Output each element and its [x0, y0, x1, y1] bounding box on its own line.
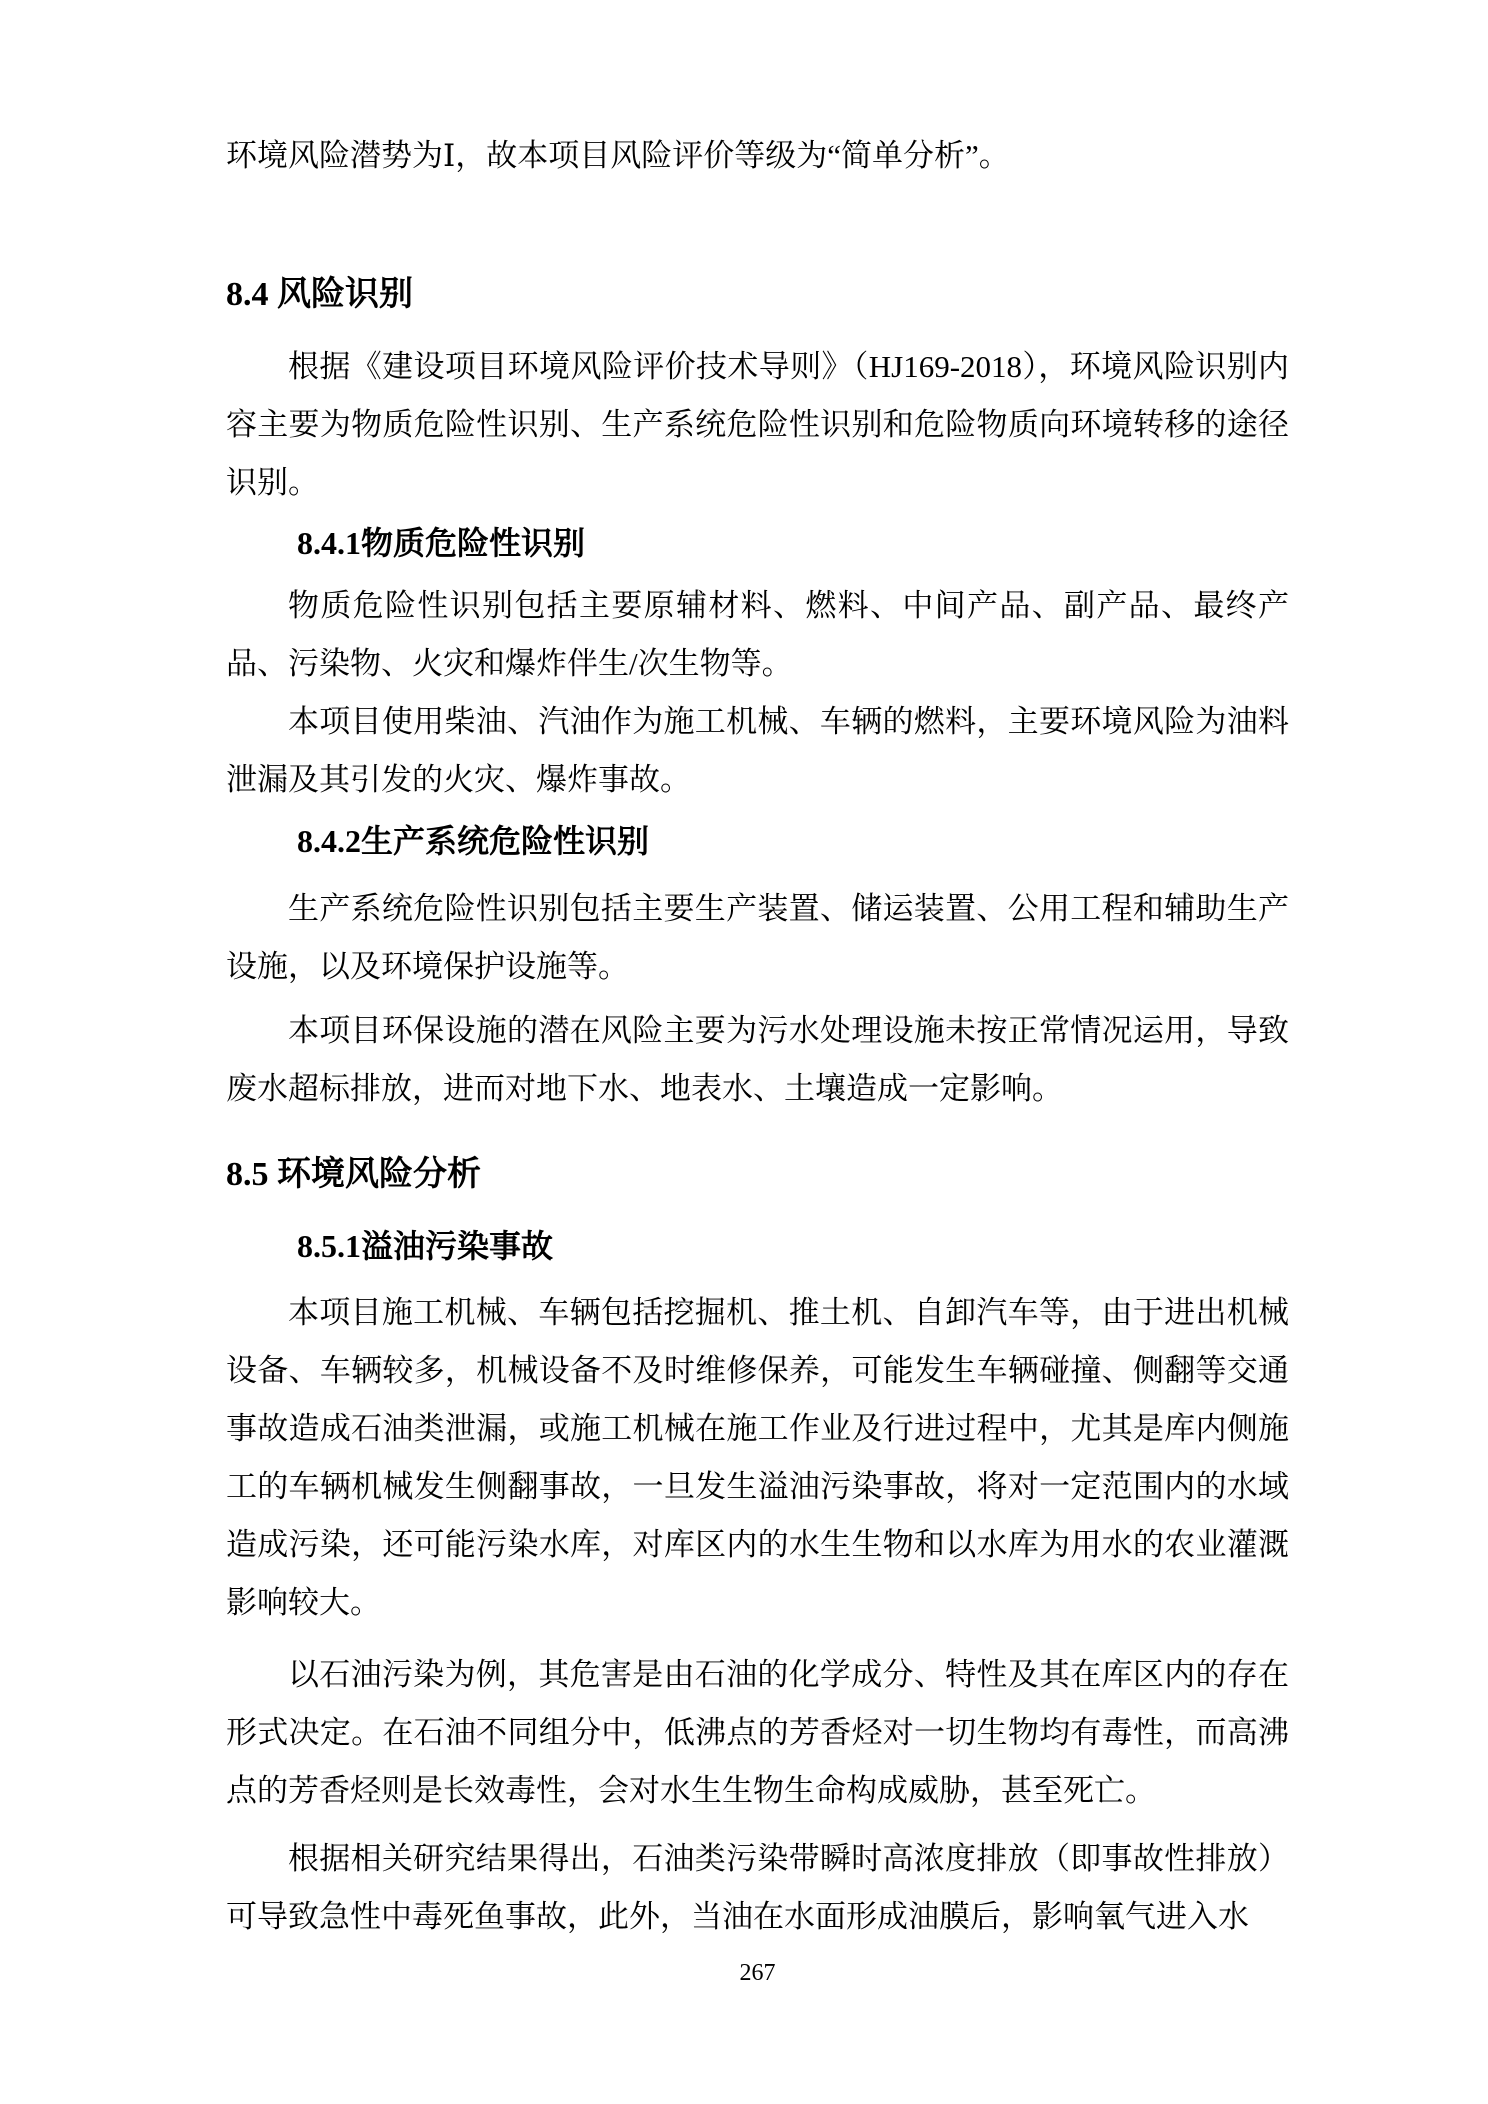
heading-8-4-risk-identification: 8.4 风险识别 — [226, 271, 1289, 319]
heading-8-4-1-material-hazard: 8.4.1物质危险性识别 — [297, 520, 1289, 566]
paragraph-fuel-risk: 本项目使用柴油、汽油作为施工机械、车辆的燃料，主要环境风险为油料泄漏及其引发的火… — [226, 693, 1289, 809]
paragraph-machinery-spill-risk: 本项目施工机械、车辆包括挖掘机、推土机、自卸汽车等，由于进出机械设备、车辆较多，… — [226, 1284, 1289, 1632]
heading-8-5-risk-analysis: 8.5 环境风险分析 — [226, 1151, 1289, 1199]
paragraph-production-system-scope: 生产系统危险性识别包括主要生产装置、储运装置、公用工程和辅助生产设施，以及环境保… — [226, 880, 1289, 996]
heading-8-4-2-production-system-hazard: 8.4.2生产系统危险性识别 — [297, 818, 1289, 864]
heading-8-5-1-oil-spill-accident: 8.5.1溢油污染事故 — [297, 1223, 1289, 1269]
paragraph-oil-pollution-harm: 以石油污染为例，其危害是由石油的化学成分、特性及其在库区内的存在形式决定。在石油… — [226, 1646, 1289, 1820]
paragraph-material-hazard-scope: 物质危险性识别包括主要原辅材料、燃料、中间产品、副产品、最终产品、污染物、火灾和… — [226, 577, 1289, 693]
paragraph-research-results: 根据相关研究结果得出，石油类污染带瞬时高浓度排放（即事故性排放）可导致急性中毒死… — [226, 1830, 1289, 1946]
page-number: 267 — [226, 1956, 1289, 1990]
document-page: 环境风险潜势为Ⅰ，故本项目风险评价等级为“简单分析”。 8.4 风险识别 根据《… — [0, 0, 1488, 1990]
paragraph-guideline-hj169: 根据《建设项目环境风险评价技术导则》（HJ169-2018），环境风险识别内容主… — [226, 338, 1289, 512]
paragraph-env-facility-risk: 本项目环保设施的潜在风险主要为污水处理设施未按正常情况运用，导致废水超标排放，进… — [226, 1002, 1289, 1118]
paragraph-risk-potential: 环境风险潜势为Ⅰ，故本项目风险评价等级为“简单分析”。 — [226, 127, 1289, 185]
